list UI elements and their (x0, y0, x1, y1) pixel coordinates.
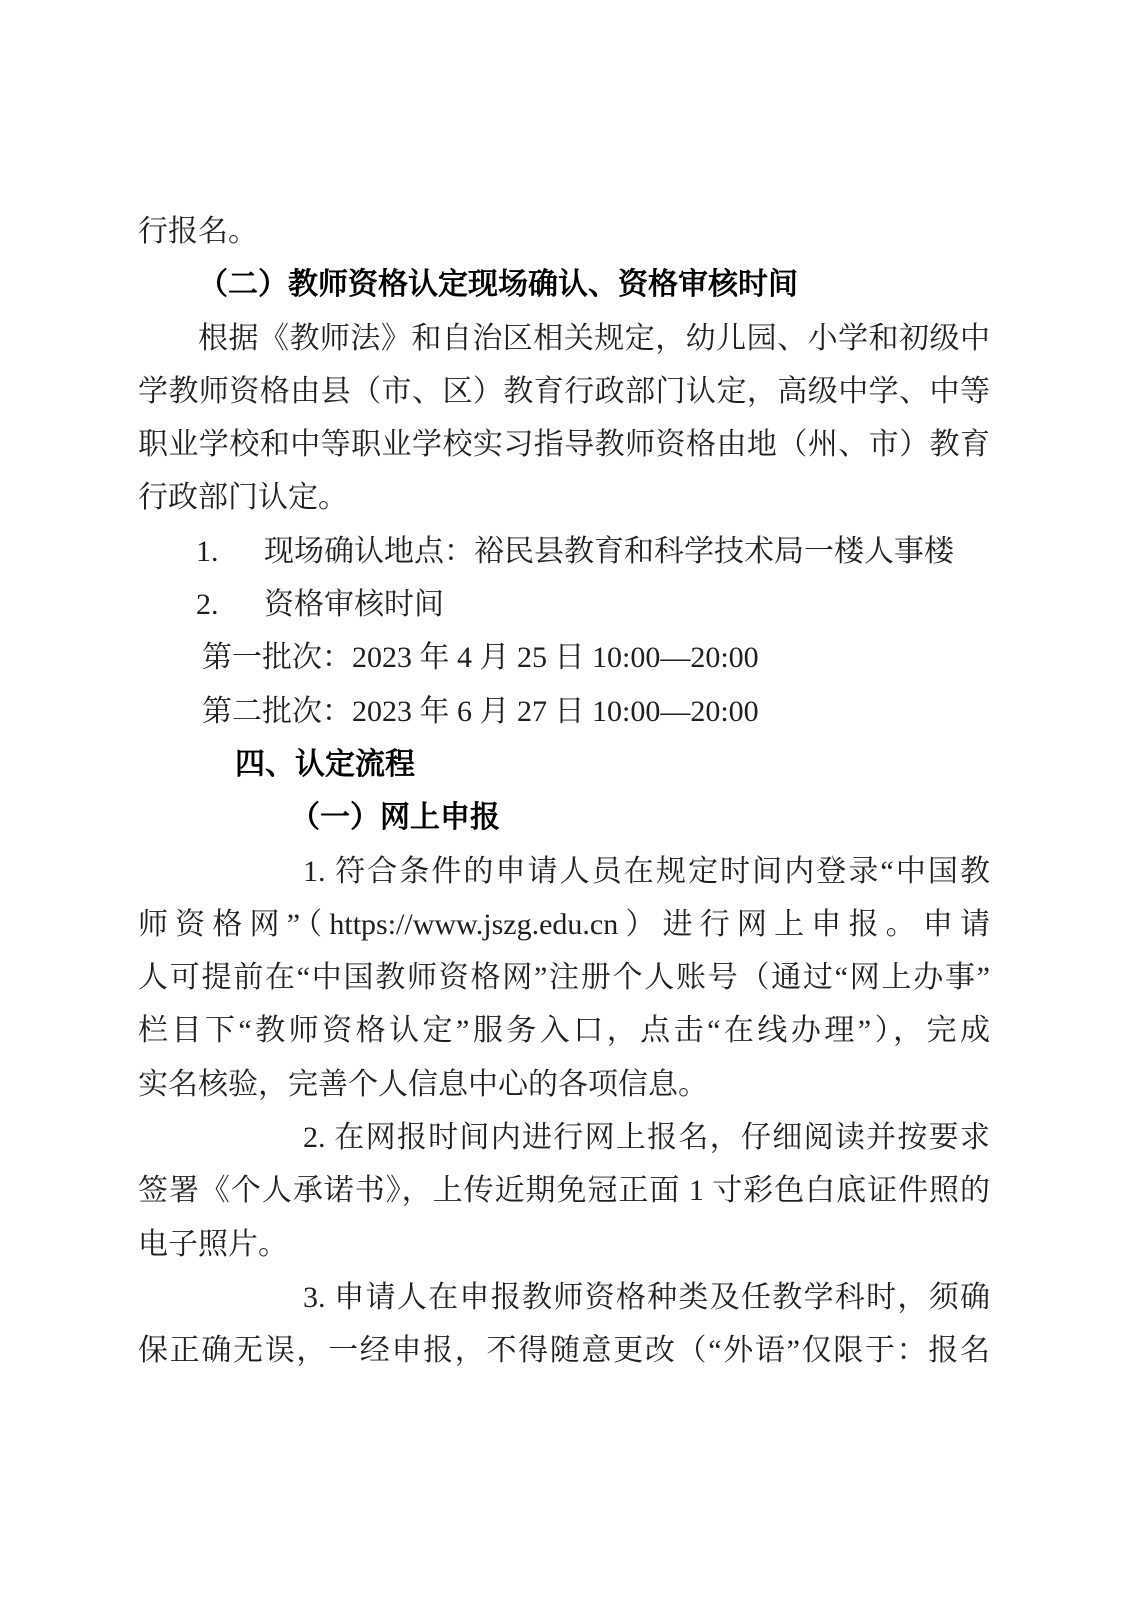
paragraph-line: 人可提前在“中国教师资格网”注册个人账号（通过“网上办事” (138, 951, 990, 1004)
list-item-confirmation-location: 1.现场确认地点：裕民县教育和科学技术局一楼人事楼 (138, 525, 990, 578)
subsection-heading-1: （一）网上申报 (138, 791, 990, 844)
paragraph-line: 职业学校和中等职业学校实习指导教师资格由地（州、市）教育 (138, 418, 990, 471)
paragraph-line: 电子照片。 (138, 1218, 990, 1271)
document-text-block: 行报名。 （二）教师资格认定现场确认、资格审核时间 根据《教师法》和自治区相关规… (138, 205, 990, 1378)
paragraph-line: 3. 申请人在申报教师资格种类及任教学科时，须确 (138, 1271, 990, 1324)
paragraph-line: 根据《教师法》和自治区相关规定，幼儿园、小学和初级中 (138, 312, 990, 365)
continuation-line: 行报名。 (138, 205, 990, 258)
list-item-review-time: 2.资格审核时间 (138, 578, 990, 631)
paragraph-line: 实名核验，完善个人信息中心的各项信息。 (138, 1058, 990, 1111)
chapter-heading-4: 四、认定流程 (138, 738, 990, 791)
paragraph-line: 师资格网”（https://www.jszg.edu.cn）进行网上申报。申请 (138, 898, 990, 951)
list-number: 1. (196, 525, 264, 578)
paragraph-line: 行政部门认定。 (138, 471, 990, 524)
batch-1-schedule: 第一批次：2023 年 4 月 25 日 10:00—20:00 (138, 631, 990, 684)
batch-2-schedule: 第二批次：2023 年 6 月 27 日 10:00—20:00 (138, 685, 990, 738)
paragraph-line: 2. 在网报时间内进行网上报名，仔细阅读并按要求 (138, 1111, 990, 1164)
list-number: 2. (196, 578, 264, 631)
paragraph-line: 签署《个人承诺书》，上传近期免冠正面 1 寸彩色白底证件照的 (138, 1164, 990, 1217)
list-item-text: 资格审核时间 (264, 588, 444, 621)
list-item-text: 现场确认地点：裕民县教育和科学技术局一楼人事楼 (264, 535, 954, 568)
section-heading-2: （二）教师资格认定现场确认、资格审核时间 (138, 258, 990, 311)
paragraph-line: 学教师资格由县（市、区）教育行政部门认定，高级中学、中等 (138, 365, 990, 418)
document-page: 行报名。 （二）教师资格认定现场确认、资格审核时间 根据《教师法》和自治区相关规… (0, 0, 1131, 1600)
paragraph-line: 保正确无误，一经申报，不得随意更改（“外语”仅限于：报名 (138, 1324, 990, 1377)
paragraph-line: 1. 符合条件的申请人员在规定时间内登录“中国教 (138, 845, 990, 898)
paragraph-line: 栏目下“教师资格认定”服务入口，点击“在线办理”），完成 (138, 1004, 990, 1057)
